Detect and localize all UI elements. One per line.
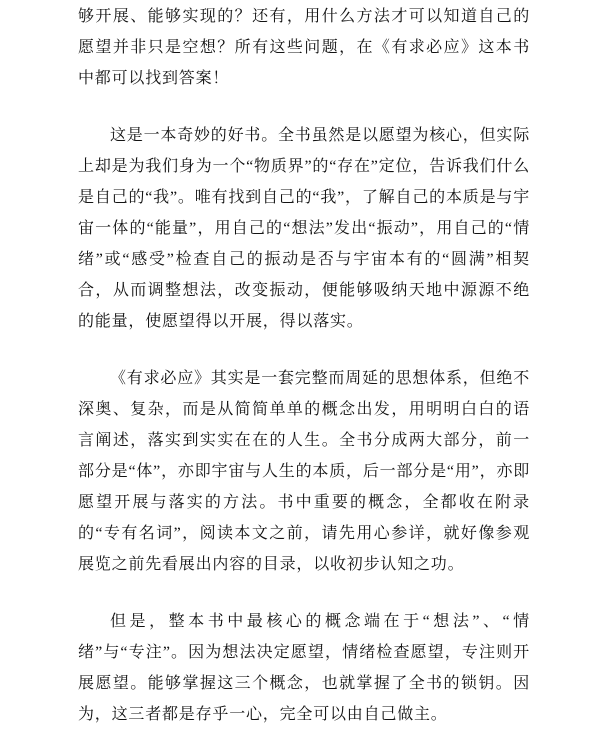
paragraph-book-intro: 这是一本奇妙的好书。全书虽然是以愿望为核心，但实际上却是为我们身为一个“物质界”… <box>78 120 530 337</box>
paragraph-book-structure: 《有求必应》其实是一套完整而周延的思想体系，但绝不深奥、复杂，而是从简简单单的概… <box>78 363 530 580</box>
document-page: 够开展、能够实现的？还有，用什么方法才可以知道自己的愿望并非只是空想？所有这些问… <box>0 0 614 737</box>
paragraph-continuation: 够开展、能够实现的？还有，用什么方法才可以知道自己的愿望并非只是空想？所有这些问… <box>78 1 530 94</box>
paragraph-core-concepts: 但是，整本书中最核心的概念端在于“想法”、“情绪”与“专注”。因为想法决定愿望，… <box>78 606 530 730</box>
